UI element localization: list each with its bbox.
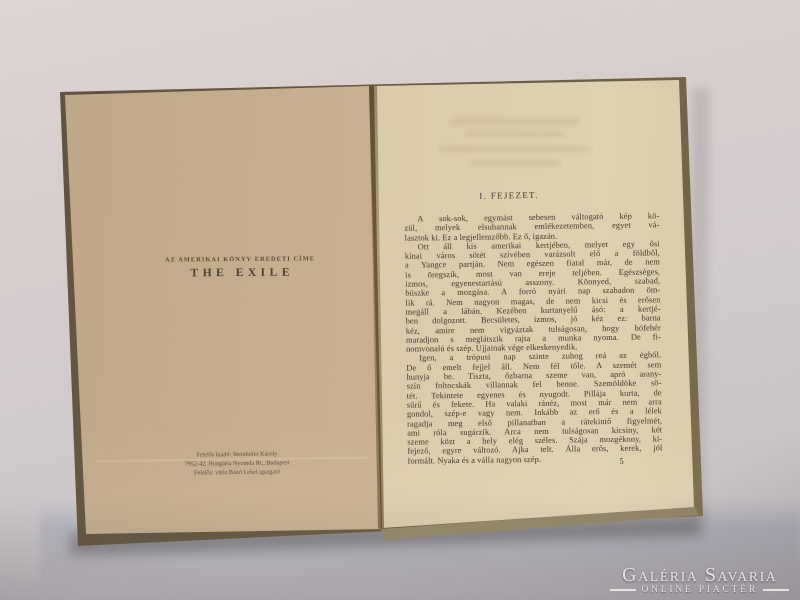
chapter-heading: I. FEJEZET. xyxy=(380,189,638,202)
series-note: AZ AMERIKAI KÖNYV EREDETI CÍME xyxy=(140,255,340,263)
watermark: Galéria Savaria ONLINE PIACTÉR xyxy=(610,565,789,595)
imprint-block: Felelős kiadó: Steinhofer Károly 7952-42… xyxy=(137,450,337,479)
show-through-smudge xyxy=(450,118,580,125)
show-through-smudge xyxy=(465,131,565,137)
watermark-subtitle-text: ONLINE PIACTÉR xyxy=(641,585,758,595)
watermark-title: Galéria Savaria xyxy=(610,565,789,585)
watermark-dash xyxy=(763,589,789,591)
watermark-subtitle: ONLINE PIACTÉR xyxy=(610,585,789,595)
body-text: A sok-sok, egymást sebesen váltogató kép… xyxy=(404,211,662,465)
original-title: THE EXILE xyxy=(140,266,340,279)
right-page-text: I. FEJEZET. A sok-sok, egymást sebesen v… xyxy=(380,186,669,485)
photo-background: AZ AMERIKAI KÖNYV EREDETI CÍME THE EXILE… xyxy=(0,0,800,600)
watermark-dash xyxy=(610,589,636,591)
show-through-smudge xyxy=(440,146,590,152)
show-through-smudge xyxy=(470,160,560,166)
page-number: 5 xyxy=(602,457,642,467)
